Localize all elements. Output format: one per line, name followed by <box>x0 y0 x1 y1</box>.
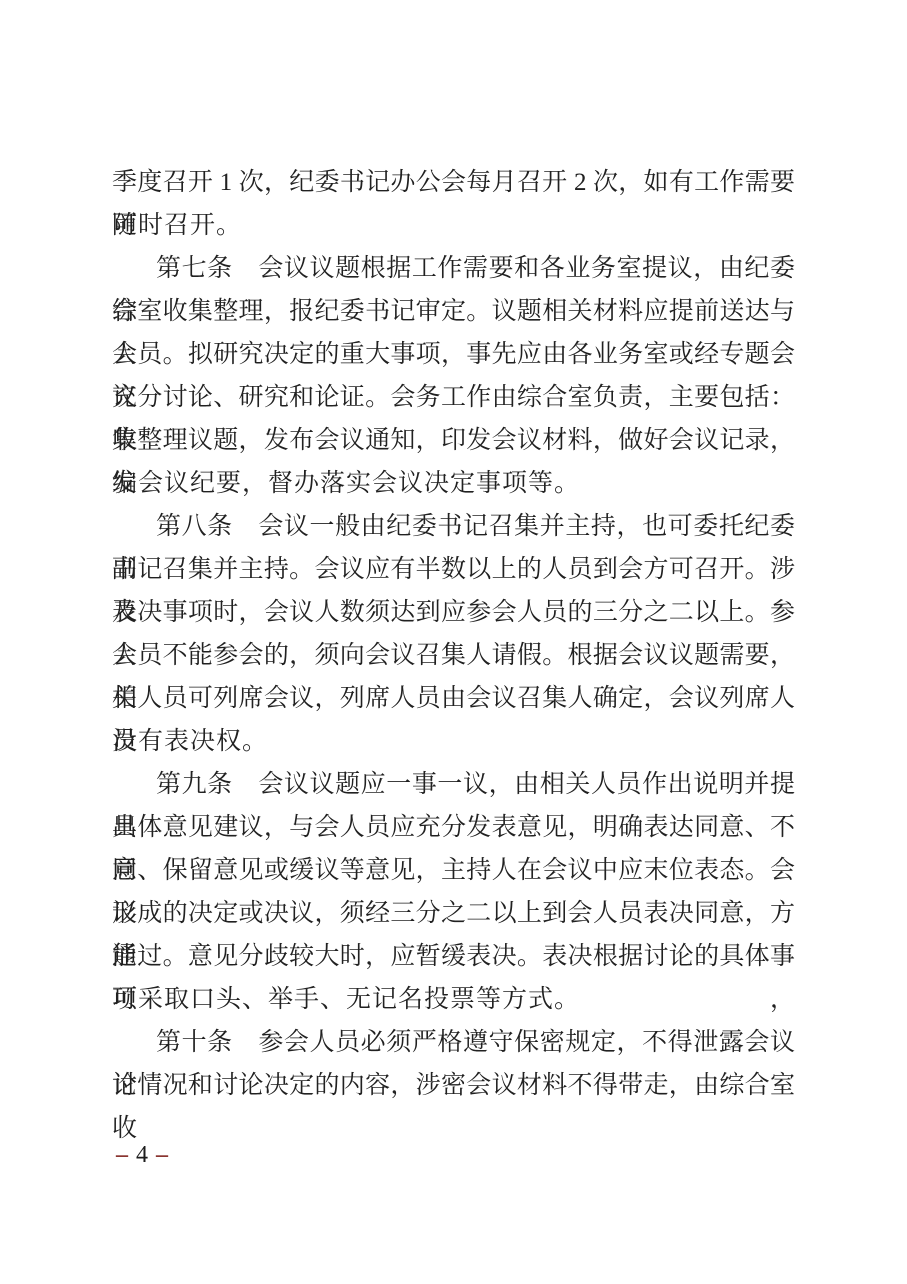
text-line: 集整理议题，发布会议通知，印发会议材料，做好会议记录，编 <box>112 419 795 462</box>
text-line: 充分讨论、研究和论证。会务工作由综合室负责，主要包括：收 <box>112 376 795 419</box>
text-line: 人员不能参会的，须向会议召集人请假。根据会议议题需要，相 <box>112 634 795 677</box>
text-line: 没有表决权。 <box>112 720 795 763</box>
text-line: 第七条 会议议题根据工作需要和各业务室提议，由纪委综 <box>112 247 795 290</box>
text-line: 发会议纪要，督办落实会议决定事项等。 <box>112 462 795 505</box>
text-line: 通过。意见分歧较大时，应暂缓表决。表决根据讨论的具体事项， <box>112 935 795 978</box>
text-line: 关人员可列席会议，列席人员由会议召集人确定，会议列席人员 <box>112 677 795 720</box>
page-number-right-dash: – <box>156 1142 170 1168</box>
page-number: –4– <box>116 1141 170 1169</box>
text-line: 季度召开 1 次，纪委书记办公会每月召开 2 次，如有工作需要可 <box>112 161 795 204</box>
text-line: 意、保留意见或缓议等意见，主持人在会议中应末位表态。会议 <box>112 849 795 892</box>
document-page: 季度召开 1 次，纪委书记办公会每月召开 2 次，如有工作需要可随时召开。第七条… <box>0 0 907 1284</box>
text-line: 第八条 会议一般由纪委书记召集并主持，也可委托纪委副 <box>112 505 795 548</box>
page-number-value: 4 <box>130 1142 156 1168</box>
text-line: 形成的决定或决议，须经三分之二以上到会人员表决同意，方能 <box>112 892 795 935</box>
document-body: 季度召开 1 次，纪委书记办公会每月召开 2 次，如有工作需要可随时召开。第七条… <box>112 161 795 1107</box>
text-line: 第十条 参会人员必须严格遵守保密规定，不得泄露会议讨 <box>112 1021 795 1064</box>
text-line: 论情况和讨论决定的内容，涉密会议材料不得带走，由综合室收 <box>112 1064 795 1107</box>
page-number-left-dash: – <box>116 1142 130 1168</box>
text-line: 合室收集整理，报纪委书记审定。议题相关材料应提前送达与会 <box>112 290 795 333</box>
text-line: 随时召开。 <box>112 204 795 247</box>
text-line: 书记召集并主持。会议应有半数以上的人员到会方可召开。涉及 <box>112 548 795 591</box>
text-line: 表决事项时，会议人数须达到应参会人员的三分之二以上。参会 <box>112 591 795 634</box>
text-line: 具体意见建议，与会人员应充分发表意见，明确表达同意、不同 <box>112 806 795 849</box>
text-line: 人员。拟研究决定的重大事项，事先应由各业务室或经专题会议 <box>112 333 795 376</box>
text-line: 第九条 会议议题应一事一议，由相关人员作出说明并提出 <box>112 763 795 806</box>
